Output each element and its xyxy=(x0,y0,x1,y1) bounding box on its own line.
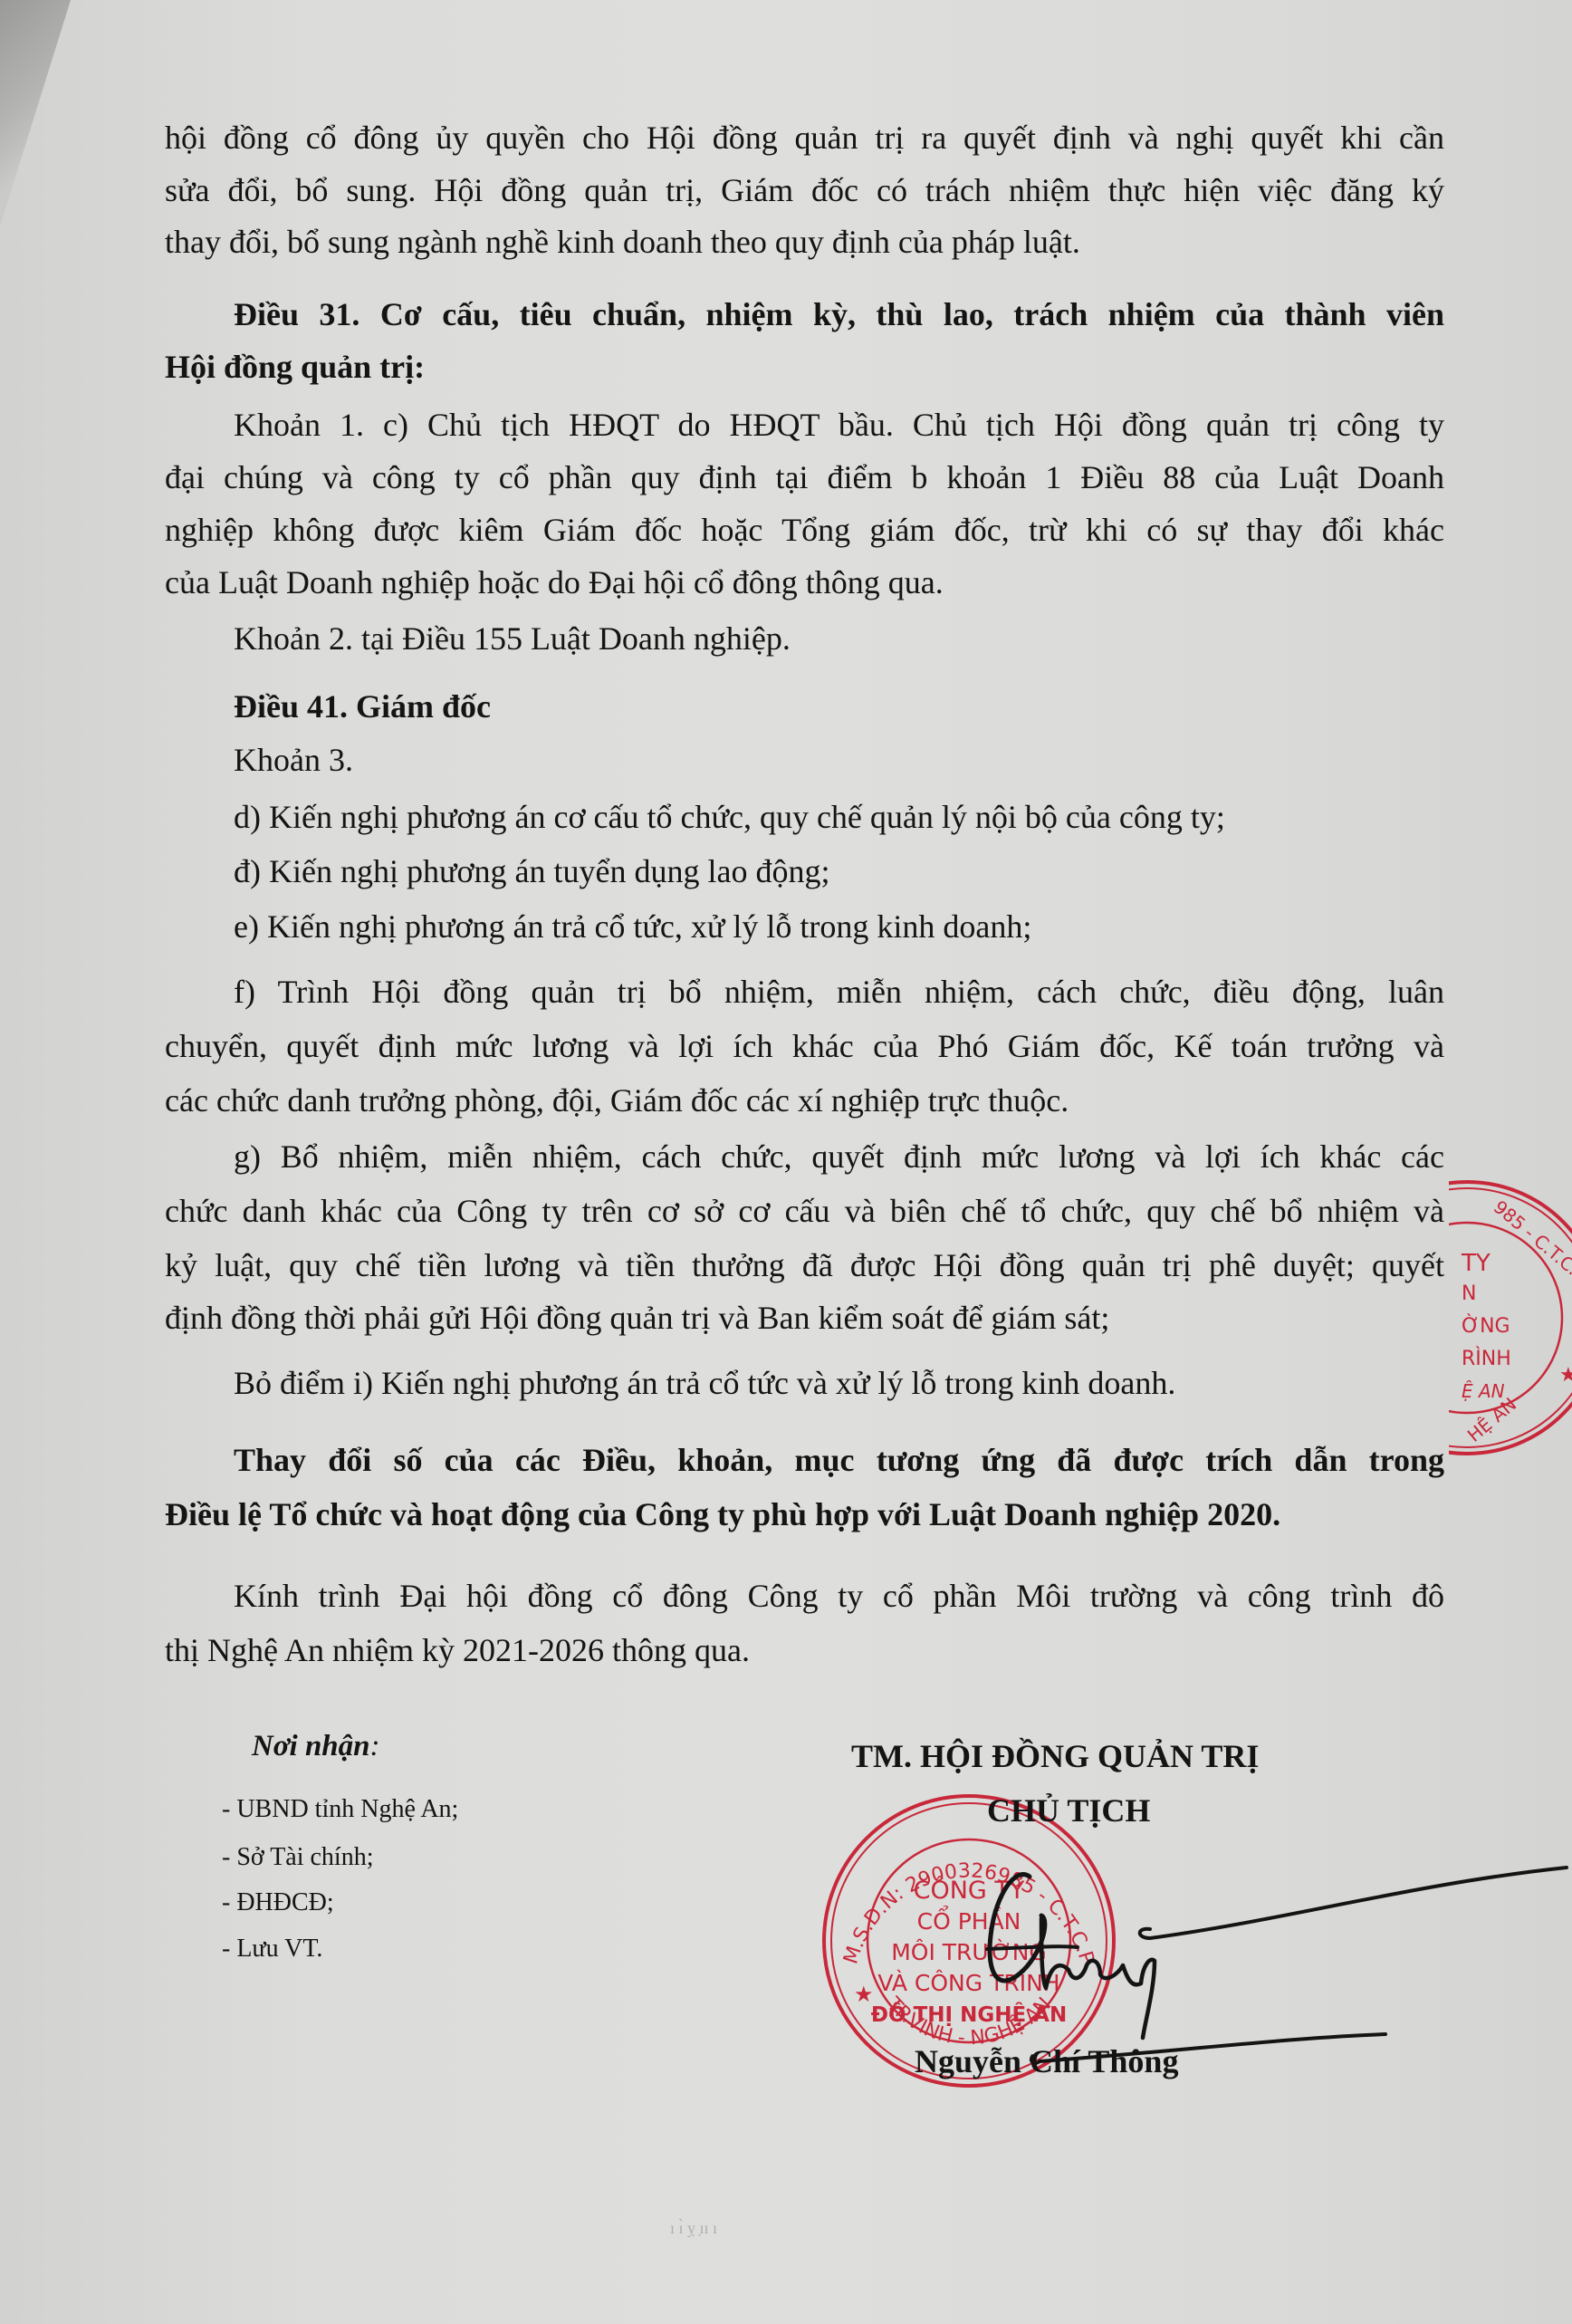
renumbering-note-line: Điều lệ Tổ chức và hoạt động của Công ty… xyxy=(165,1494,1444,1534)
clause-1-line: đại chúng và công ty cổ phần quy định tạ… xyxy=(165,457,1444,497)
on-behalf-title: TM. HỘI ĐỒNG QUẢN TRỊ xyxy=(851,1737,1259,1775)
recipient-item: - ĐHĐCĐ; xyxy=(222,1888,334,1917)
svg-text:CÔNG TY: CÔNG TY xyxy=(914,1876,1025,1905)
svg-text:Ệ AN: Ệ AN xyxy=(1462,1380,1505,1402)
item-f-line: f) Trình Hội đồng quản trị bổ nhiệm, miễ… xyxy=(234,972,1444,1012)
item-dd: đ) Kiến nghị phương án tuyển dụng lao độ… xyxy=(234,851,1444,891)
item-e: e) Kiến nghị phương án trả cổ tức, xử lý… xyxy=(234,907,1444,946)
body-line: sửa đổi, bổ sung. Hội đồng quản trị, Giá… xyxy=(165,170,1444,210)
clause-1-line: nghiệp không được kiêm Giám đốc hoặc Tổn… xyxy=(165,510,1444,550)
body-line: thay đổi, bổ sung ngành nghề kinh doanh … xyxy=(165,222,1444,262)
recipient-item: - Lưu VT. xyxy=(222,1935,322,1964)
svg-text:RÌNH: RÌNH xyxy=(1462,1347,1511,1370)
item-f-line: chuyển, quyết định mức lương và lợi ích … xyxy=(165,1026,1444,1066)
article-31-heading: Điều 31. Cơ cấu, tiêu chuẩn, nhiệm kỳ, t… xyxy=(234,294,1444,334)
item-f-line: các chức danh trưởng phòng, đội, Giám đố… xyxy=(165,1080,1444,1120)
body-line: hội đồng cổ đông ủy quyền cho Hội đồng q… xyxy=(165,118,1444,158)
signer-name: Nguyễn Chí Thông xyxy=(915,2042,1178,2080)
item-g-line: định đồng thời phải gửi Hội đồng quản tr… xyxy=(165,1298,1444,1338)
item-g-line: chức danh khác của Công ty trên cơ sở cơ… xyxy=(165,1191,1444,1231)
svg-text:CỔ PHẦN: CỔ PHẦN xyxy=(917,1905,1021,1935)
article-41-heading: Điều 41. Giám đốc xyxy=(234,687,1444,726)
item-d: d) Kiến nghị phương án cơ cấu tổ chức, q… xyxy=(234,797,1444,837)
svg-text:MÔI TRƯỜNG: MÔI TRƯỜNG xyxy=(891,1938,1047,1965)
svg-text:985 - C.T.C.P: 985 - C.T.C.P xyxy=(1490,1196,1572,1286)
clause-3-label: Khoản 3. xyxy=(234,740,1444,780)
submission-line: thị Nghệ An nhiệm kỳ 2021-2026 thông qua… xyxy=(165,1630,1444,1670)
clause-1-line: Khoản 1. c) Chủ tịch HĐQT do HĐQT bầu. C… xyxy=(234,405,1444,445)
clause-1-line: của Luật Doanh nghiệp hoặc do Đại hội cổ… xyxy=(165,562,1444,602)
submission-line: Kính trình Đại hội đồng cổ đông Công ty … xyxy=(234,1576,1444,1616)
recipient-item: - Sở Tài chính; xyxy=(222,1843,374,1872)
clause-2-line: Khoản 2. tại Điều 155 Luật Doanh nghiệp. xyxy=(234,619,1444,658)
article-31-heading-cont: Hội đồng quản trị: xyxy=(165,347,1444,387)
remove-item-i: Bỏ điểm i) Kiến nghị phương án trả cổ tứ… xyxy=(234,1363,1444,1403)
position-title: CHỦ TỊCH xyxy=(987,1791,1150,1829)
svg-text:N: N xyxy=(1462,1282,1476,1305)
svg-text:★: ★ xyxy=(1559,1364,1572,1387)
recipients-title: Nơi nhận: xyxy=(252,1730,380,1763)
svg-text:TY: TY xyxy=(1461,1250,1491,1277)
item-g-line: g) Bổ nhiệm, miễn nhiệm, cách chức, quyế… xyxy=(234,1137,1444,1176)
item-g-line: kỷ luật, quy chế tiền lương và tiền thưở… xyxy=(165,1245,1444,1285)
bleed-through-marks: ı ı̀ ỵ ̣ıı ı xyxy=(670,2219,717,2238)
svg-text:ĐÔ THỊ NGHỆ AN: ĐÔ THỊ NGHỆ AN xyxy=(871,2002,1067,2027)
renumbering-note-line: Thay đổi số của các Điều, khoản, mục tươ… xyxy=(234,1440,1444,1480)
recipient-item: - UBND tỉnh Nghệ An; xyxy=(222,1795,458,1824)
svg-text:VÀ CÔNG TRÌNH: VÀ CÔNG TRÌNH xyxy=(877,1969,1059,1996)
svg-text:ỜNG: ỜNG xyxy=(1462,1314,1510,1338)
edge-seal: 985 - C.T.C.P TY N ỜNG RÌNH Ệ AN HỆ AN ★ xyxy=(1449,1173,1572,1463)
